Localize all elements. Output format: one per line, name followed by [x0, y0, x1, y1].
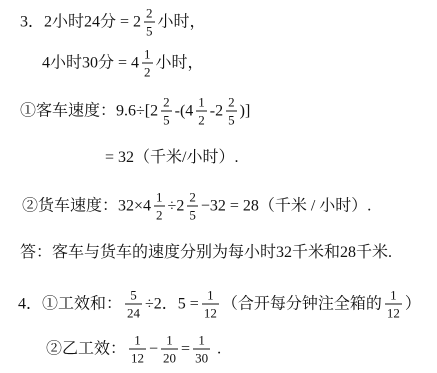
- fraction-numerator: 2: [161, 96, 172, 111]
- fraction-denominator: 30: [193, 349, 210, 365]
- fraction: 12: [196, 96, 207, 127]
- fraction-denominator: 2: [154, 206, 165, 222]
- fraction: 25: [226, 96, 237, 127]
- text-run: 小时，: [156, 55, 204, 71]
- fraction-numerator: 1: [205, 289, 216, 304]
- math-line-problem3-step2-truck-speed: ②货车速度：32×412÷225−32 = 28（千米 / 小时）.: [22, 191, 371, 222]
- text-run: ①客车速度：9.6÷[2: [20, 103, 158, 119]
- text-run: .: [213, 341, 221, 357]
- text-run: 4小时30分 = 4: [42, 55, 139, 71]
- text-run: 小时，: [158, 14, 206, 30]
- document-page: 3．2小时24分 = 225小时，4小时30分 = 412小时，①客车速度：9.…: [0, 0, 437, 373]
- math-line-problem4-step1-combined-rate: 4．①工效和：524÷2．5 =112（合开每分钟注全箱的112）: [18, 289, 421, 320]
- fraction-numerator: 1: [154, 191, 165, 206]
- fraction-denominator: 20: [161, 349, 178, 365]
- text-run: = 32（千米/小时）.: [105, 150, 238, 166]
- fraction-numerator: 1: [132, 334, 143, 349]
- fraction-denominator: 24: [125, 304, 142, 320]
- fraction-numerator: 1: [142, 48, 153, 63]
- text-run: 4．①工效和：: [18, 296, 122, 312]
- fraction: 130: [193, 334, 210, 365]
- text-run: −: [149, 341, 158, 357]
- text-run: )]: [240, 103, 251, 119]
- fraction: 120: [161, 334, 178, 365]
- fraction: 25: [161, 96, 172, 127]
- math-line-problem3-time-conversion-2: 4小时30分 = 412小时，: [42, 48, 204, 79]
- fraction-denominator: 2: [142, 63, 153, 79]
- text-run: -(4: [175, 103, 194, 119]
- fraction-numerator: 1: [164, 334, 175, 349]
- fraction-numerator: 2: [187, 191, 198, 206]
- text-run: ）: [405, 296, 421, 312]
- fraction-numerator: 2: [226, 96, 237, 111]
- fraction-denominator: 5: [187, 206, 198, 222]
- math-line-problem3-answer: 答：客车与货车的速度分别为每小时32千米和28千米.: [20, 245, 392, 261]
- fraction: 12: [154, 191, 165, 222]
- fraction: 112: [129, 334, 146, 365]
- math-line-problem3-time-conversion-1: 3．2小时24分 = 225小时，: [20, 7, 206, 38]
- text-run: ②货车速度：32×4: [22, 198, 151, 214]
- text-run: 答：客车与货车的速度分别为每小时32千米和28千米.: [20, 245, 392, 261]
- fraction: 25: [144, 7, 155, 38]
- fraction: 524: [125, 289, 142, 320]
- math-line-problem4-step2-rate-b: ②乙工效：112−120=130 .: [46, 334, 221, 365]
- fraction: 12: [142, 48, 153, 79]
- fraction-numerator: 2: [144, 7, 155, 22]
- fraction-numerator: 1: [388, 289, 399, 304]
- text-run: 3．2小时24分 = 2: [20, 14, 141, 30]
- fraction-denominator: 5: [144, 22, 155, 38]
- math-line-problem3-step1-bus-speed: ①客车速度：9.6÷[225-(412-225)]: [20, 96, 250, 127]
- fraction: 25: [187, 191, 198, 222]
- fraction-denominator: 5: [161, 111, 172, 127]
- fraction: 112: [385, 289, 402, 320]
- fraction-numerator: 1: [196, 334, 207, 349]
- math-line-problem3-step1-result: = 32（千米/小时）.: [105, 150, 238, 166]
- text-run: ÷2．5 =: [145, 296, 199, 312]
- fraction-denominator: 12: [202, 304, 219, 320]
- fraction-numerator: 5: [128, 289, 139, 304]
- fraction-denominator: 5: [226, 111, 237, 127]
- text-run: ÷2: [168, 198, 185, 214]
- fraction-denominator: 12: [385, 304, 402, 320]
- text-run: （合开每分钟注全箱的: [222, 296, 382, 312]
- text-run: −32 = 28（千米 / 小时）.: [201, 198, 372, 214]
- text-run: =: [181, 341, 190, 357]
- fraction-denominator: 12: [129, 349, 146, 365]
- text-run: ②乙工效：: [46, 341, 126, 357]
- fraction-denominator: 2: [196, 111, 207, 127]
- fraction: 112: [202, 289, 219, 320]
- fraction-numerator: 1: [196, 96, 207, 111]
- text-run: -2: [210, 103, 223, 119]
